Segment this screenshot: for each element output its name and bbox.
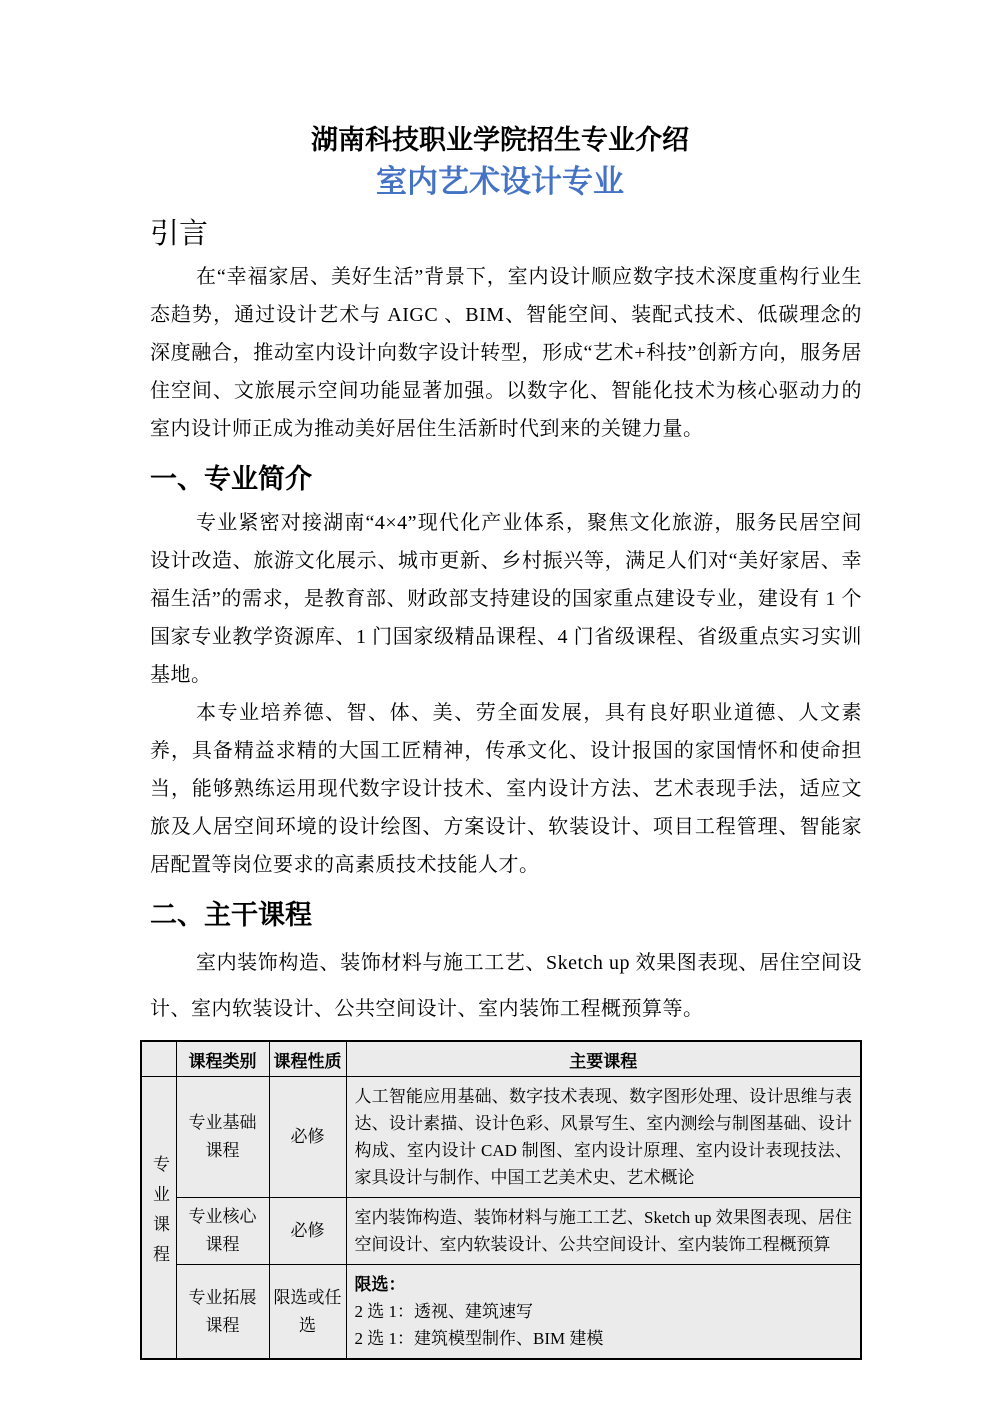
table-header-row: 课程类别 课程性质 主要课程 [141,1041,861,1077]
section2-paragraph: 室内装饰构造、装饰材料与施工工艺、Sketch up 效果图表现、居住空间设计、… [150,940,862,1032]
option-line-2: 2 选 1：建筑模型制作、BIM 建模 [355,1325,853,1352]
col-header-category: 课程类别 [176,1041,269,1077]
courses-cell: 室内装饰构造、装饰材料与施工工艺、Sketch up 效果图表现、居住空间设计、… [346,1198,861,1265]
section2-heading: 二、主干课程 [150,894,862,936]
row-group-label: 专业课程 [142,1155,177,1275]
row-group-label-cell: 专业课程 [141,1077,176,1360]
category-cell: 专业基础课程 [176,1077,269,1198]
intro-heading: 引言 [150,214,862,254]
category-cell: 专业拓展课程 [176,1265,269,1360]
restricted-choice-label: 限选： [355,1271,853,1298]
major-title: 室内艺术设计专业 [0,160,1000,204]
table-row-basic-courses: 专业课程 专业基础课程 必修 人工智能应用基础、数字技术表现、数字图形处理、设计… [141,1077,861,1198]
table-row-extension-courses: 专业拓展课程 限选或任选 限选： 2 选 1：透视、建筑速写 2 选 1：建筑模… [141,1265,861,1360]
document-body: 引言 在“幸福家居、美好生活”背景下，室内设计顺应数字技术深度重构行业生态趋势，… [150,214,862,1360]
section1-paragraph-2: 本专业培养德、智、体、美、劳全面发展，具有良好职业道德、人文素养，具备精益求精的… [150,694,862,884]
nature-cell: 必修 [269,1077,346,1198]
intro-paragraph: 在“幸福家居、美好生活”背景下，室内设计顺应数字技术深度重构行业生态趋势，通过设… [150,258,862,448]
table-row-core-courses: 专业核心课程 必修 室内装饰构造、装饰材料与施工工艺、Sketch up 效果图… [141,1198,861,1265]
courses-table: 课程类别 课程性质 主要课程 专业课程 专业基础课程 必修 人工智能应用基础、数… [140,1040,862,1360]
category-cell: 专业核心课程 [176,1198,269,1265]
section1-paragraph-1: 专业紧密对接湖南“4×4”现代化产业体系，聚焦文化旅游，服务民居空间设计改造、旅… [150,504,862,694]
table-corner-cell [141,1041,176,1077]
option-line-1: 2 选 1：透视、建筑速写 [355,1298,853,1325]
nature-cell: 必修 [269,1198,346,1265]
document-page: 湖南科技职业学院招生专业介绍 室内艺术设计专业 引言 在“幸福家居、美好生活”背… [0,0,1000,1415]
col-header-nature: 课程性质 [269,1041,346,1077]
section1-heading: 一、专业简介 [150,458,862,500]
nature-cell: 限选或任选 [269,1265,346,1360]
col-header-courses: 主要课程 [346,1041,861,1077]
document-title: 湖南科技职业学院招生专业介绍 [0,120,1000,160]
courses-cell: 限选： 2 选 1：透视、建筑速写 2 选 1：建筑模型制作、BIM 建模 [346,1265,861,1360]
courses-cell: 人工智能应用基础、数字技术表现、数字图形处理、设计思维与表达、设计素描、设计色彩… [346,1077,861,1198]
